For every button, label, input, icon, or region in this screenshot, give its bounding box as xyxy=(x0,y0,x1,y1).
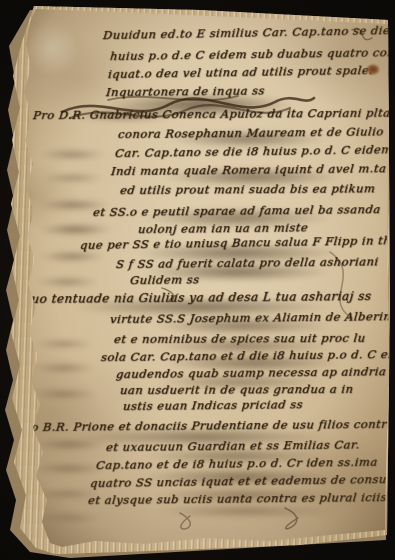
manuscript-line: et uxaucuun Guardian et ss Emilias Car. xyxy=(105,439,360,453)
manuscript-line: Indi manta quale Romera iquint d avel m.… xyxy=(110,163,386,177)
ink-bleed-smudge xyxy=(26,338,102,350)
manuscript-line: uan usduerit in de quas grandua a in xyxy=(119,384,354,397)
ink-bleed-smudge xyxy=(30,250,114,263)
manuscript-line: et alysque sub uciis uanta contra es plu… xyxy=(87,492,387,507)
manuscript-line: uolonj eam ian ua an miste xyxy=(137,222,308,235)
ink-bleed-smudge xyxy=(30,148,115,161)
manuscript-line: Gulidem ss xyxy=(129,274,200,286)
manuscript-page: Duuidun ed.to E similius Car. Cap.tano s… xyxy=(0,0,395,560)
photo-background: Duuidun ed.to E similius Car. Cap.tano s… xyxy=(0,0,395,560)
manuscript-line: et SS.o e peutil sparae ad fama uel ba s… xyxy=(92,204,381,219)
manuscript-line: ed utilis prout mani suada bis ea ptikum xyxy=(119,183,375,196)
manuscript-line: huius p.o d.e C eidem sub duabus quatro … xyxy=(109,47,395,63)
manuscript-line: Quo tentuade nia Giulius ya ad desa L tu… xyxy=(20,290,372,305)
manuscript-line: que per SS e tio uniusq Bancu salua F Fl… xyxy=(79,235,395,252)
ink-bleed-smudge xyxy=(27,222,123,237)
manuscript-line: Car. Cap.tano se die i8 huius p.o d. C e… xyxy=(114,144,393,159)
manuscript-line: ustis euan Indicas priciad ss xyxy=(122,399,303,412)
manuscript-line: virtute SS.S Josephum ex Aliamin de Albe… xyxy=(109,311,395,325)
ink-bleed-smudge xyxy=(27,276,107,288)
manuscript-line: gaudendos quab suamp necessa ap aindria xyxy=(115,366,386,380)
manuscript-line: Duuidun ed.to E similius Car. Cap.tano s… xyxy=(102,25,395,42)
manuscript-line: et e nominibus de spices sua uit proc lu xyxy=(113,333,366,346)
manuscript-line: conora Rosephanun Mauream et de Giulio xyxy=(117,126,384,140)
manuscript-line: quatro SS uncias iquat et et eademus de … xyxy=(89,474,395,490)
manuscript-line: Pro D.R. Gnabricius Conenca Apuloz da it… xyxy=(32,107,395,121)
manuscript-line: S f SS ad fuerit calata pro della ashori… xyxy=(115,256,379,270)
ink-bleed-smudge xyxy=(34,172,112,184)
manuscript-line: sola Car. Cap.tano et d die i8 huius p.o… xyxy=(100,349,395,364)
rust-stain xyxy=(364,62,382,77)
manuscript-line: Inquartonera de inqua ss xyxy=(105,85,265,98)
manuscript-line: Cap.tano et de i8 huius p.o d. Cr iden s… xyxy=(95,457,378,472)
manuscript-line: Pro B.R. Prione et donaciis Prudentiane … xyxy=(16,419,395,434)
manuscript-line: iquat.o dea vel utina ad utilis prout sp… xyxy=(107,65,373,81)
